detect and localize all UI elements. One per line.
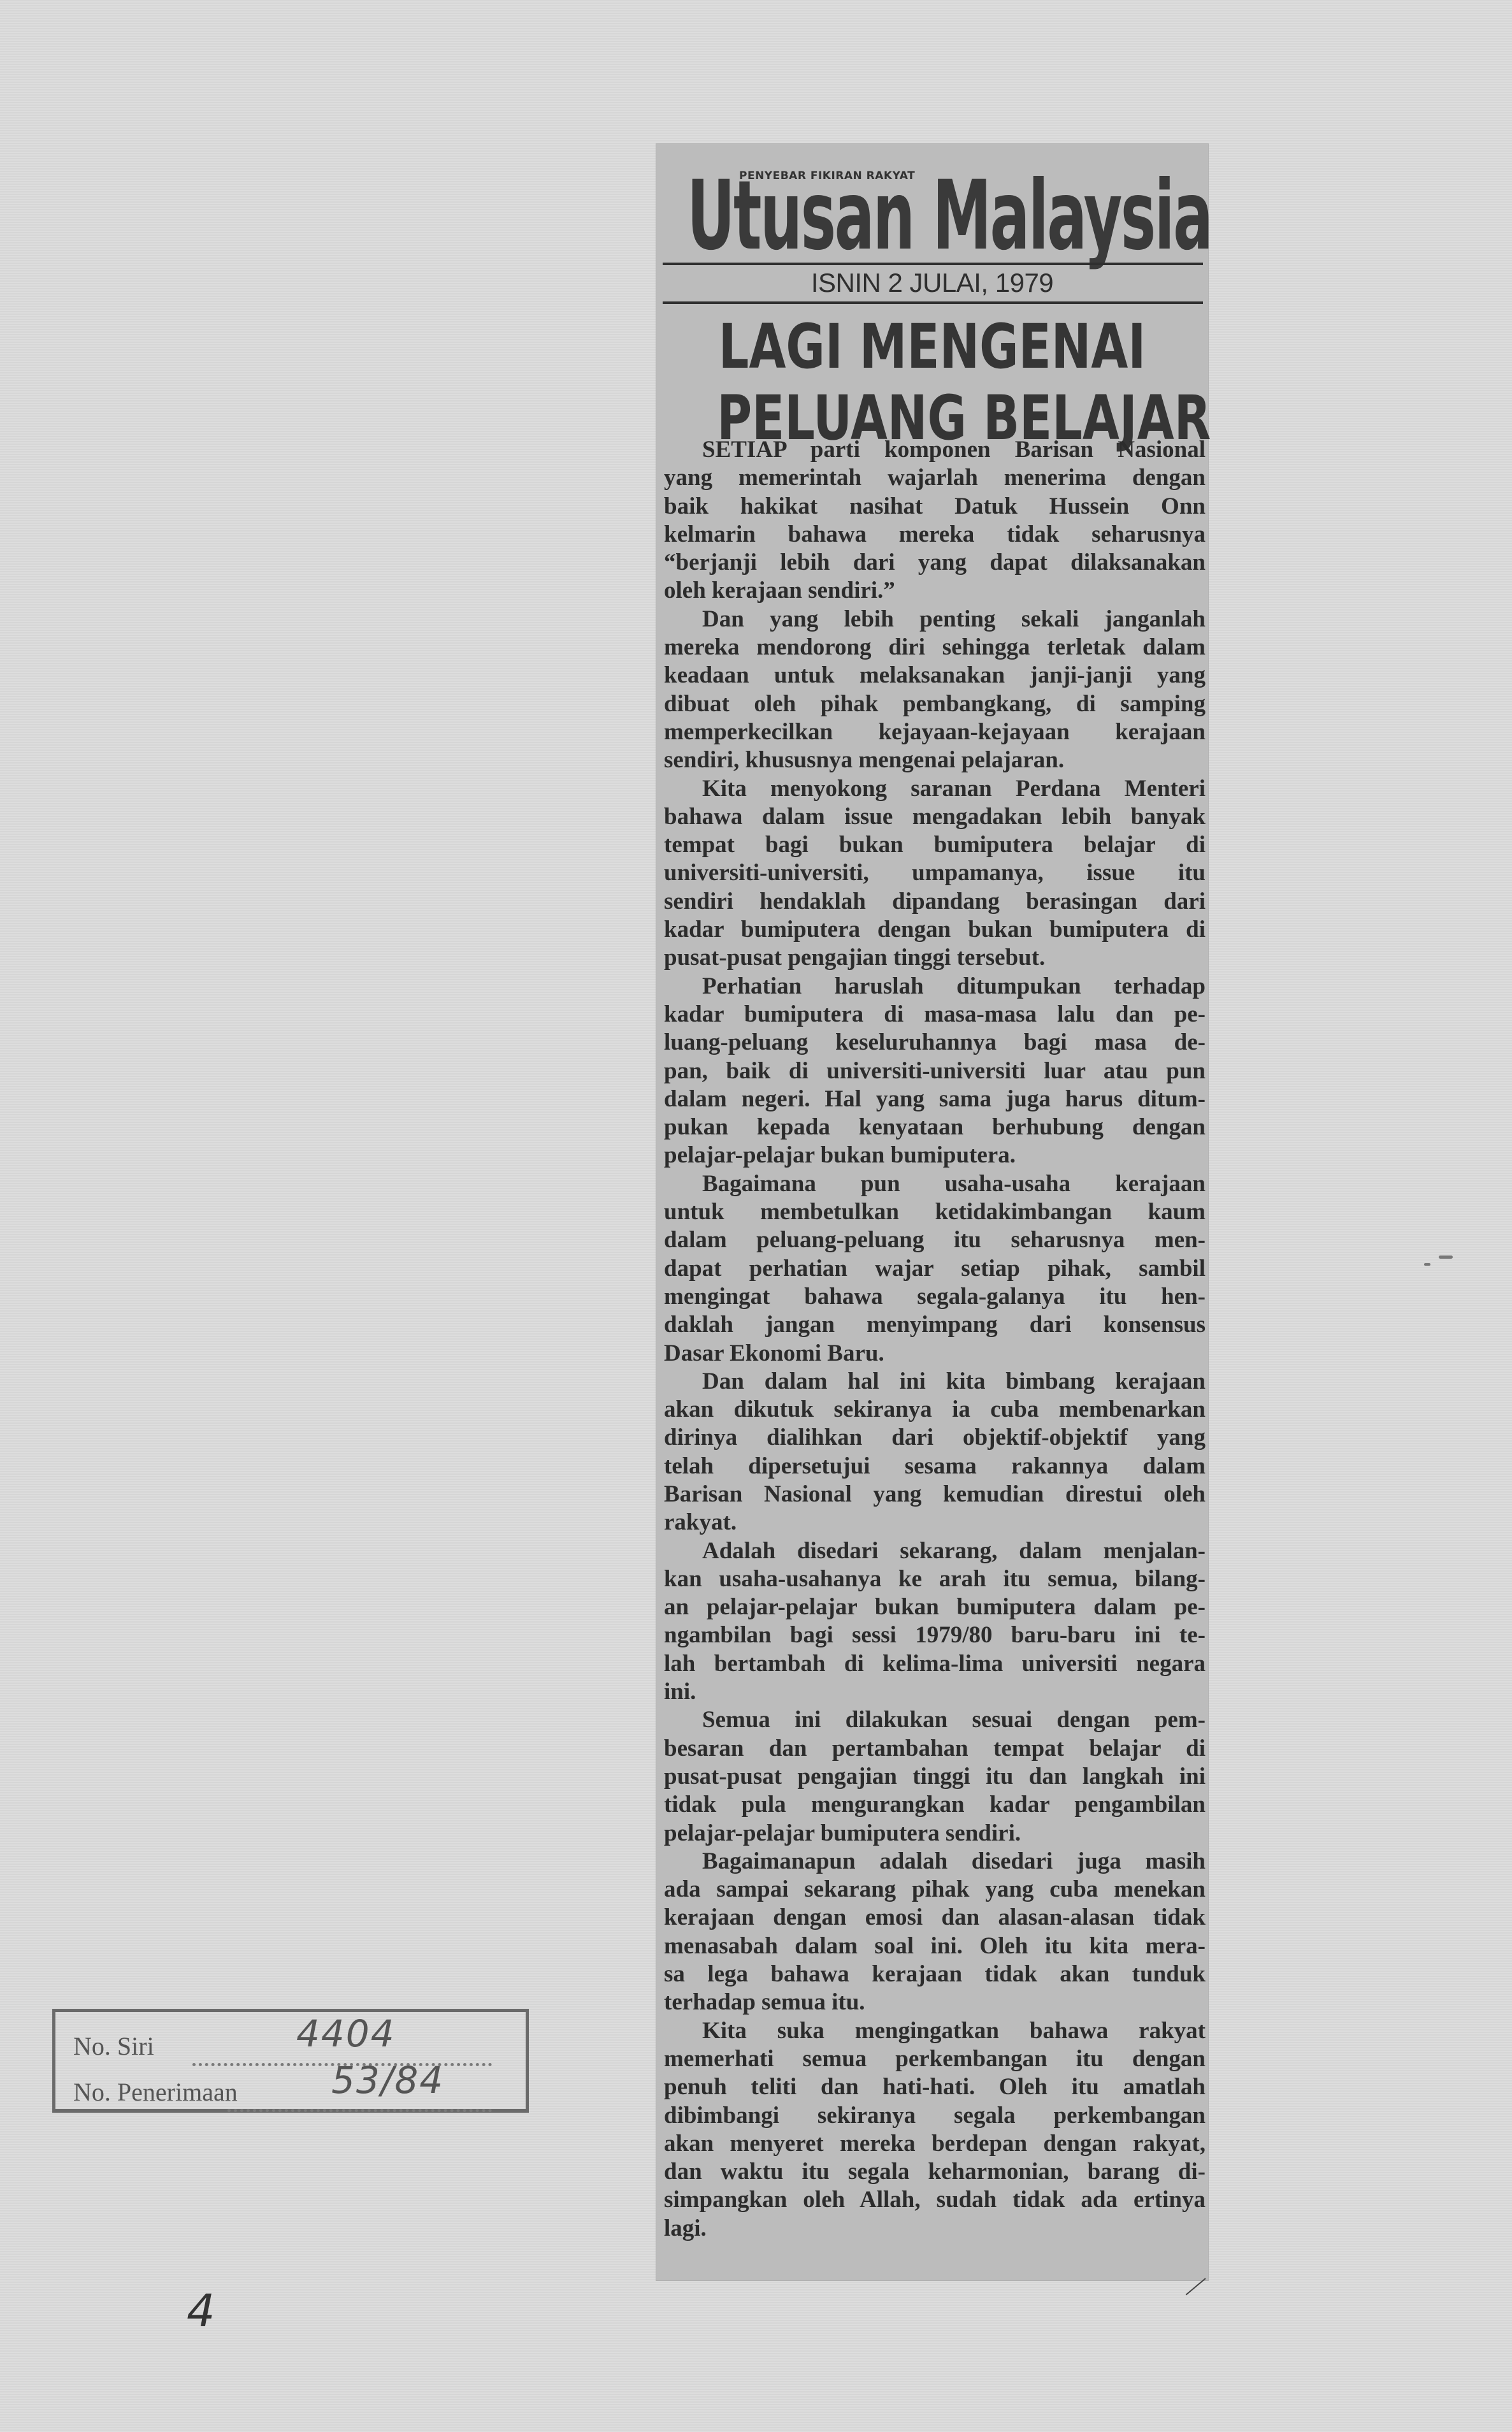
article-paragraph: Adalah disedari sekarang, dalam menjalan… (664, 1537, 1206, 1707)
article-line: SETIAP parti komponen Barisan Nasional (664, 436, 1206, 464)
article-line: Kita menyokong saranan Perdana Menteri (664, 775, 1206, 803)
archive-stamp: No. Siri 4404 No. Penerimaan 53/84 (52, 2009, 529, 2113)
siri-label: No. Siri (73, 2031, 154, 2061)
article-line: pelajar-pelajar bumiputera sendiri. (664, 1820, 1206, 1848)
headline-line-1: LAGI MENGENAI (717, 311, 1147, 382)
article-line: kerajaan dengan emosi dan alasan-alasan … (664, 1904, 1206, 1932)
article-paragraph: Kita suka mengingatkan bahawa rakyatmeme… (664, 2017, 1206, 2243)
article-line: Kita suka mengingatkan bahawa rakyat (664, 2017, 1206, 2045)
smudge-mark (1424, 1263, 1430, 1266)
article-body: SETIAP parti komponen Barisan Nasionalya… (664, 436, 1206, 2243)
article-line: ngambilan bagi sessi 1979/80 baru-baru i… (664, 1621, 1206, 1649)
article-line: akan menyeret mereka berdepan dengan rak… (664, 2130, 1206, 2158)
article-line: Semua ini dilakukan sesuai dengan pem- (664, 1706, 1206, 1734)
article-paragraph: Dan dalam hal ini kita bimbang kerajaana… (664, 1368, 1206, 1537)
article-line: dan waktu itu segala keharmonian, barang… (664, 2158, 1206, 2186)
article-line: bahawa dalam issue mengadakan lebih bany… (664, 803, 1206, 831)
article-line: dalam peluang-peluang itu seharusnya men… (664, 1226, 1206, 1254)
article-line: dalam negeri. Hal yang sama juga harus d… (664, 1085, 1206, 1113)
article-line: pusat-pusat pengajian tinggi tersebut. (664, 944, 1206, 972)
article-line: besaran dan pertambahan tempat belajar d… (664, 1735, 1206, 1763)
article-line: Bagaimanapun adalah disedari juga masih (664, 1848, 1206, 1876)
article-line: an pelajar-pelajar bukan bumiputera dala… (664, 1593, 1206, 1621)
article-line: tempat bagi bukan bumiputera belajar di (664, 831, 1206, 859)
article-line: menasabah dalam soal ini. Oleh itu kita … (664, 1932, 1206, 1960)
masthead: Utusan Malaysia PENYEBAR FIKIRAN RAKYAT (687, 162, 1184, 264)
article-line: Bagaimana pun usaha-usaha kerajaan (664, 1170, 1206, 1198)
article-line: memerhati semua perkembangan itu dengan (664, 2045, 1206, 2073)
smudge-mark (1439, 1256, 1453, 1259)
article-line: untuk membetulkan ketidakimbangan kaum (664, 1198, 1206, 1226)
publication-tagline: PENYEBAR FIKIRAN RAKYAT (739, 170, 915, 182)
article-line: universiti-universiti, umpamanya, issue … (664, 859, 1206, 887)
article-headline: LAGI MENGENAI PELUANG BELAJAR (656, 311, 1208, 454)
siri-value: 4404 (296, 2012, 396, 2055)
article-line: ada sampai sekarang pihak yang cuba mene… (664, 1876, 1206, 1904)
article-line: pelajar-pelajar bukan bumiputera. (664, 1141, 1206, 1169)
article-paragraph: Bagaimanapun adalah disedari juga masiha… (664, 1848, 1206, 2017)
article-line: “berjanji lebih dari yang dapat dilaksan… (664, 549, 1206, 577)
article-line: kan usaha-usahanya ke arah itu semua, bi… (664, 1565, 1206, 1593)
article-line: mereka mendorong diri sehingga terletak … (664, 633, 1206, 662)
article-line: dibimbangi sekiranya segala perkembangan (664, 2102, 1206, 2130)
article-line: lah bertambah di kelima-lima universiti … (664, 1650, 1206, 1678)
article-line: Dan dalam hal ini kita bimbang kerajaan (664, 1368, 1206, 1396)
penerimaan-value: 53/84 (331, 2059, 444, 2102)
article-line: keadaan untuk melaksanakan janji-janji y… (664, 662, 1206, 690)
article-line: dirinya dialihkan dari objektif-objektif… (664, 1424, 1206, 1452)
article-paragraph: Semua ini dilakukan sesuai dengan pem-be… (664, 1706, 1206, 1847)
article-line: mengingat bahawa segala-galanya itu hen- (664, 1283, 1206, 1311)
article-line: kadar bumiputera dengan bukan bumiputera… (664, 916, 1206, 944)
article-line: pusat-pusat pengajian tinggi itu dan lan… (664, 1763, 1206, 1791)
page-number: 4 (187, 2285, 215, 2337)
article-line: rakyat. (664, 1509, 1206, 1537)
article-line: yang memerintah wajarlah menerima dengan (664, 464, 1206, 492)
article-paragraph: Bagaimana pun usaha-usaha kerajaanuntuk … (664, 1170, 1206, 1368)
article-paragraph: Perhatian haruslah ditumpukan terhadapka… (664, 973, 1206, 1170)
penerimaan-dotted-line (227, 2109, 492, 2112)
article-line: pan, baik di universiti-universiti luar … (664, 1057, 1206, 1085)
article-line: sendiri hendaklah dipandang berasingan d… (664, 888, 1206, 916)
article-line: Barisan Nasional yang kemudian direstui … (664, 1480, 1206, 1509)
article-line: Adalah disedari sekarang, dalam menjalan… (664, 1537, 1206, 1565)
article-line: Perhatian haruslah ditumpukan terhadap (664, 973, 1206, 1001)
article-line: oleh kerajaan sendiri.” (664, 577, 1206, 605)
masthead-rule-top (663, 263, 1203, 265)
article-line: tidak pula mengurangkan kadar pengambila… (664, 1791, 1206, 1819)
article-line: akan dikutuk sekiranya ia cuba membenark… (664, 1396, 1206, 1424)
article-line: Dasar Ekonomi Baru. (664, 1340, 1206, 1368)
article-line: dapat perhatian wajar setiap pihak, samb… (664, 1255, 1206, 1283)
article-line: telah dipersetujui sesama rakannya dalam (664, 1452, 1206, 1480)
dateline: ISNIN 2 JULAI, 1979 (656, 268, 1208, 298)
article-line: kelmarin bahawa mereka tidak seharusnya (664, 521, 1206, 549)
article-line: simpangkan oleh Allah, sudah tidak ada e… (664, 2186, 1206, 2214)
article-line: sa lega bahawa kerajaan tidak akan tundu… (664, 1960, 1206, 1988)
article-line: terhadap semua itu. (664, 1988, 1206, 2016)
article-paragraph: SETIAP parti komponen Barisan Nasionalya… (664, 436, 1206, 605)
article-line: daklah jangan menyimpang dari konsensus (664, 1311, 1206, 1339)
article-line: Dan yang lebih penting sekali janganlah (664, 605, 1206, 633)
article-line: baik hakikat nasihat Datuk Hussein Onn (664, 493, 1206, 521)
tear-mark (1186, 2278, 1206, 2295)
article-line: ini. (664, 1678, 1206, 1706)
article-paragraph: Kita menyokong saranan Perdana Menteriba… (664, 775, 1206, 973)
article-line: dibuat oleh pihak pembangkang, di sampin… (664, 690, 1206, 718)
article-line: pukan kepada kenyataan berhubung dengan (664, 1113, 1206, 1141)
article-line: luang-peluang keseluruhannya bagi masa d… (664, 1029, 1206, 1057)
article-line: memperkecilkan kejayaan-kejayaan kerajaa… (664, 718, 1206, 746)
penerimaan-label: No. Penerimaan (73, 2077, 238, 2107)
masthead-rule-bottom (663, 301, 1203, 304)
article-line: kadar bumiputera di masa-masa lalu dan p… (664, 1001, 1206, 1029)
article-paragraph: Dan yang lebih penting sekali janganlahm… (664, 605, 1206, 775)
article-line: penuh teliti dan hati-hati. Oleh itu ama… (664, 2073, 1206, 2101)
article-line: lagi. (664, 2215, 1206, 2243)
article-line: sendiri, khususnya mengenai pelajaran. (664, 746, 1206, 774)
newspaper-clipping: Utusan Malaysia PENYEBAR FIKIRAN RAKYAT … (656, 144, 1208, 2280)
